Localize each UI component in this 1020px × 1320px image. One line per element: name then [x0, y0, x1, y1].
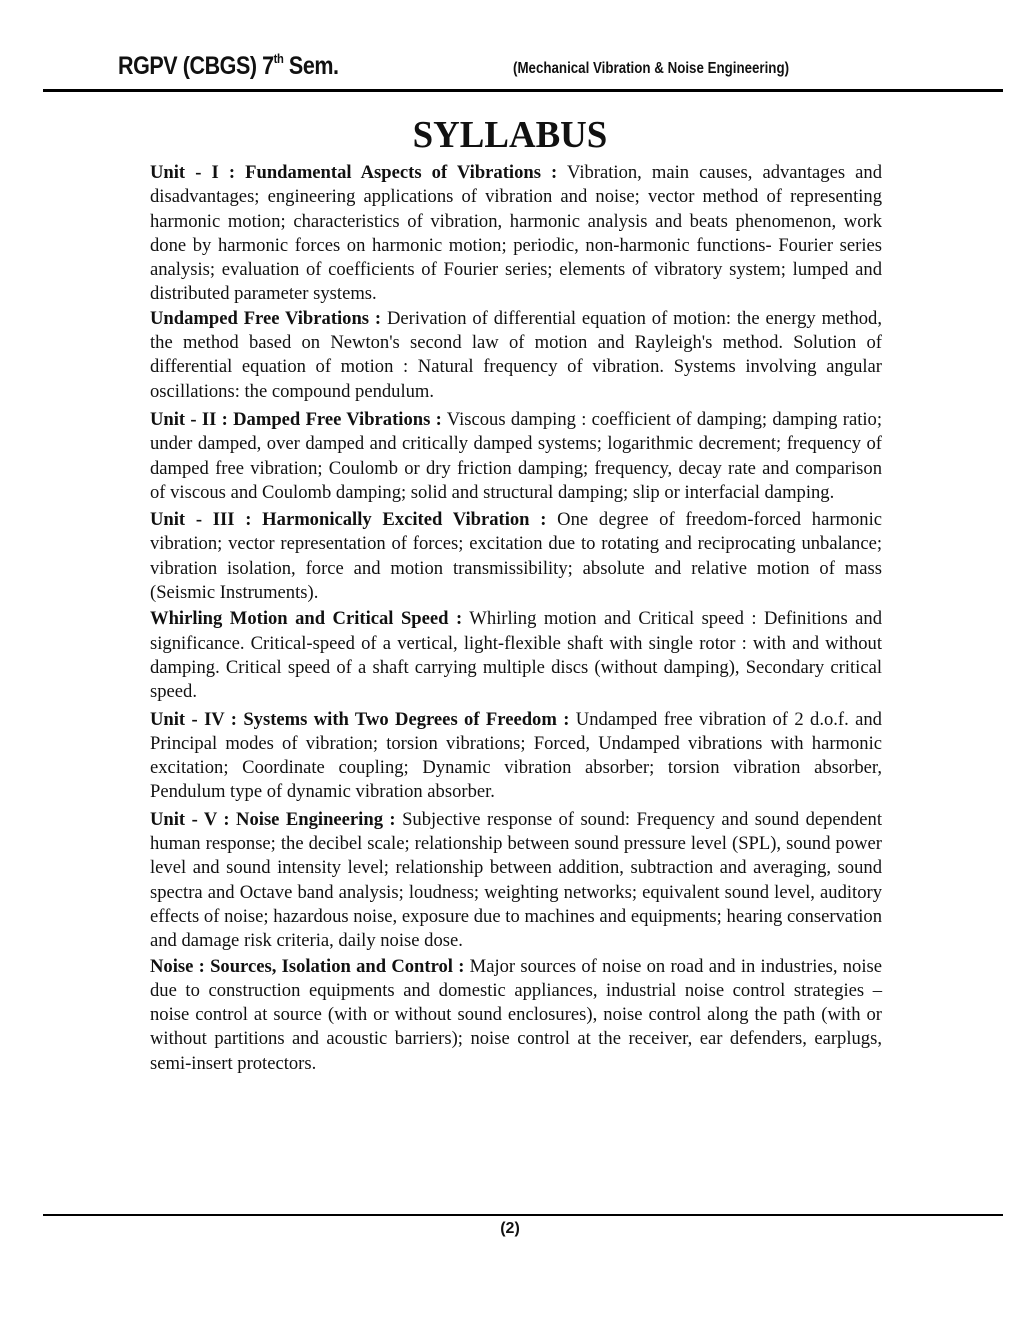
header-course-prefix: RGPV (CBGS) 7 — [118, 52, 274, 80]
header-subject-label: (Mechanical Vibration & Noise Engineerin… — [513, 60, 789, 78]
section-heading: Unit - V : Noise Engineering : — [150, 809, 396, 830]
section-noise-sources-control: Noise : Sources, Isolation and Control :… — [150, 955, 882, 1076]
section-heading: Unit - II : Damped Free Vibrations : — [150, 409, 442, 430]
section-heading: Unit - III : Harmonically Excited Vibrat… — [150, 509, 546, 530]
section-heading: Unit - I : Fundamental Aspects of Vibrat… — [150, 162, 557, 183]
header-course-sup: th — [274, 51, 284, 66]
section-undamped-free-vibrations: Undamped Free Vibrations : Derivation of… — [150, 307, 882, 404]
footer-divider — [43, 1214, 1003, 1216]
header-divider — [43, 89, 1003, 92]
section-unit-2: Unit - II : Damped Free Vibrations : Vis… — [150, 408, 882, 505]
section-unit-4: Unit - IV : Systems with Two Degrees of … — [150, 708, 882, 805]
section-heading: Noise : Sources, Isolation and Control : — [150, 956, 464, 977]
header-course-suffix: Sem. — [283, 52, 338, 80]
section-unit-1: Unit - I : Fundamental Aspects of Vibrat… — [150, 161, 882, 307]
section-heading: Whirling Motion and Critical Speed : — [150, 608, 462, 629]
section-heading: Undamped Free Vibrations : — [150, 308, 381, 329]
section-unit-3: Unit - III : Harmonically Excited Vibrat… — [150, 508, 882, 605]
section-heading: Unit - IV : Systems with Two Degrees of … — [150, 709, 569, 730]
section-text: Vibration, main causes, advantages and d… — [150, 162, 882, 304]
header-course-label: RGPV (CBGS) 7th Sem. — [118, 52, 339, 81]
page-header: RGPV (CBGS) 7th Sem. (Mechanical Vibrati… — [43, 40, 1003, 92]
page-number: (2) — [0, 1220, 1020, 1238]
section-unit-5: Unit - V : Noise Engineering : Subjectiv… — [150, 808, 882, 954]
page-title: SYLLABUS — [15, 113, 1004, 157]
section-whirling-motion: Whirling Motion and Critical Speed : Whi… — [150, 607, 882, 704]
syllabus-body: Unit - I : Fundamental Aspects of Vibrat… — [150, 161, 882, 1078]
section-text: Subjective response of sound: Frequency … — [150, 809, 882, 951]
